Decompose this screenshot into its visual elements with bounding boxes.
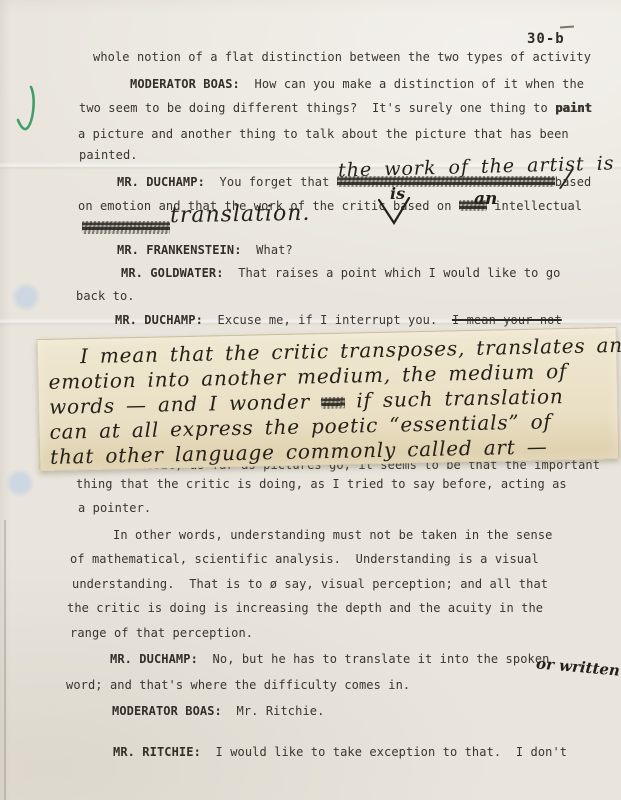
typed-text: a pointer. bbox=[78, 501, 151, 515]
typed-line: MR. FRANKENSTEIN: What? bbox=[117, 243, 293, 257]
typed-text: Mr. Ritchie. bbox=[222, 704, 325, 718]
typed-line: MODERATOR BOAS: Mr. Ritchie. bbox=[112, 704, 324, 718]
speaker-label: MR. DUCHAMP: bbox=[115, 313, 203, 327]
speaker-label: MODERATOR BOAS: bbox=[130, 77, 240, 91]
typed-line: two seem to be doing different things? I… bbox=[79, 101, 592, 115]
handwritten-slash: / bbox=[560, 164, 572, 195]
pencil-dash bbox=[560, 26, 574, 29]
typed-text: a picture and another thing to talk abou… bbox=[78, 127, 569, 141]
page-number: 30-b bbox=[527, 31, 565, 47]
strikeout-scribble bbox=[321, 397, 345, 410]
typed-line: of mathematical, scientific analysis. Un… bbox=[70, 552, 539, 566]
typed-line: range of that perception. bbox=[70, 626, 253, 640]
typed-text: thing that the critic is doing, as I tri… bbox=[76, 477, 567, 491]
typed-line: whole notion of a flat distinction betwe… bbox=[93, 50, 591, 64]
typed-line: understanding. That is to ø say, visual … bbox=[72, 577, 548, 591]
typed-text: No, but he has to translate it into the … bbox=[198, 652, 550, 666]
typed-text: In other words, understanding must not b… bbox=[113, 528, 552, 542]
strikeout-scribble bbox=[82, 221, 170, 234]
typed-text: range of that perception. bbox=[70, 626, 253, 640]
caret-mark bbox=[376, 197, 412, 229]
typed-line: a pointer. bbox=[78, 501, 151, 515]
typed-line: word; and that's where the difficulty co… bbox=[66, 678, 410, 692]
speaker-label: MR. DUCHAMP: bbox=[117, 175, 205, 189]
handwritten-insert-an: an bbox=[474, 189, 497, 209]
typed-text: What? bbox=[242, 243, 293, 257]
typed-line bbox=[82, 221, 170, 236]
typed-line: MR. RITCHIE: I would like to take except… bbox=[113, 745, 567, 759]
typed-line: painted. bbox=[79, 148, 138, 162]
punch-hole bbox=[5, 468, 35, 498]
typed-line: MR. GOLDWATER: That raises a point which… bbox=[121, 266, 560, 280]
handwritten-insert-or-written: or written bbox=[535, 654, 620, 679]
speaker-label: MR. FRANKENSTEIN: bbox=[117, 243, 242, 257]
typed-text: two seem to be doing different things? I… bbox=[79, 101, 555, 115]
typed-text: word; and that's where the difficulty co… bbox=[66, 678, 410, 692]
note-text: if such translation bbox=[345, 384, 564, 413]
speaker-label: MR. GOLDWATER: bbox=[121, 266, 224, 280]
typed-line: back to. bbox=[76, 289, 135, 303]
speaker-label: MR. DUCHAMP: bbox=[110, 652, 198, 666]
typed-text: of mathematical, scientific analysis. Un… bbox=[70, 552, 539, 566]
typed-line: thing that the critic is doing, as I tri… bbox=[76, 477, 567, 491]
typed-text: I would like to take exception to that. … bbox=[201, 745, 567, 759]
page-edge-shadow bbox=[4, 520, 6, 800]
handwritten-insert-translation: translation. bbox=[170, 201, 311, 228]
overtyped-word: paint bbox=[555, 101, 592, 115]
speaker-label: MR. RITCHIE: bbox=[113, 745, 201, 759]
typed-text: You forget that bbox=[205, 175, 337, 189]
typed-text: That raises a point which I would like t… bbox=[224, 266, 561, 280]
typed-text: painted. bbox=[79, 148, 138, 162]
struck-typed-text: I mean your not bbox=[452, 313, 562, 327]
typed-line: the critic is doing is increasing the de… bbox=[67, 601, 543, 615]
typed-line: on emotion and that the work of the crit… bbox=[78, 199, 582, 213]
check-mark bbox=[14, 84, 40, 136]
typed-line: In other words, understanding must not b… bbox=[113, 528, 552, 542]
typed-text: How can you make a distinction of it whe… bbox=[240, 77, 584, 91]
typed-text: the critic is doing is increasing the de… bbox=[67, 601, 543, 615]
typed-text: Excuse me, if I interrupt you. bbox=[203, 313, 452, 327]
punch-hole bbox=[11, 282, 41, 312]
pasted-note: I mean that the critic transposes, trans… bbox=[37, 327, 620, 471]
scanned-transcript-page: 30-b whole notion of a flat distinction … bbox=[0, 0, 621, 800]
typed-line: MODERATOR BOAS: How can you make a disti… bbox=[130, 77, 584, 91]
typed-line: MR. DUCHAMP: No, but he has to translate… bbox=[110, 652, 550, 666]
typed-line: a picture and another thing to talk abou… bbox=[78, 127, 569, 141]
typed-text: whole notion of a flat distinction betwe… bbox=[93, 50, 591, 64]
speaker-label: MODERATOR BOAS: bbox=[112, 704, 222, 718]
typed-text: understanding. That is to ø say, visual … bbox=[72, 577, 548, 591]
typed-text: intellectual bbox=[487, 199, 582, 213]
typed-text: back to. bbox=[76, 289, 135, 303]
typed-line: MR. DUCHAMP: Excuse me, if I interrupt y… bbox=[115, 313, 562, 327]
